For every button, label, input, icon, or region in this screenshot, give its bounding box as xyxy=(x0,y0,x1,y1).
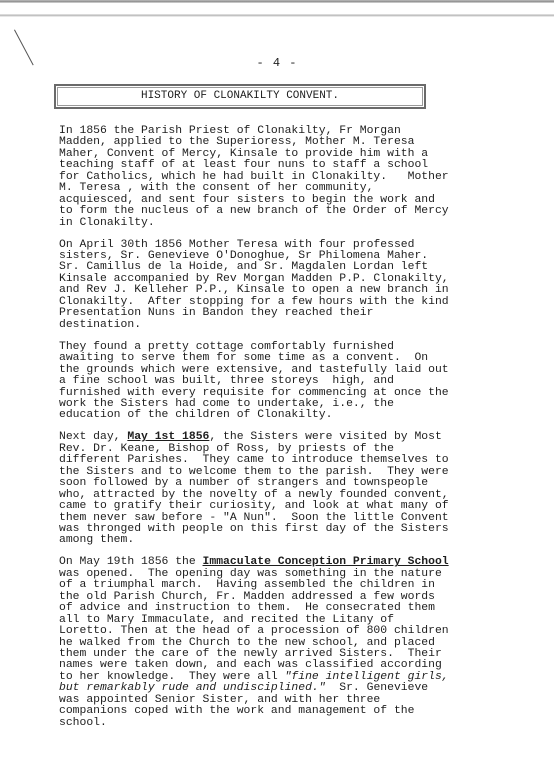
paragraph-2: On April 30th 1856 Mother Teresa with fo… xyxy=(59,240,479,332)
page-title-text: HISTORY OF CLONAKILTY CONVENT. xyxy=(141,90,339,102)
emphasized-phrase: Immaculate Conception Primary School xyxy=(203,556,449,568)
paragraph-5: On May 19th 1856 the Immaculate Concepti… xyxy=(59,557,479,729)
quoted-phrase: but remarkably rude and undisciplined." xyxy=(59,682,326,694)
page-top-edge xyxy=(0,0,554,18)
emphasized-phrase: May 1st 1856 xyxy=(127,431,209,443)
page-title: HISTORY OF CLONAKILTY CONVENT. xyxy=(54,84,426,109)
document-body: In 1856 the Parish Priest of Clonakilty,… xyxy=(59,126,479,740)
page-number: - 4 - xyxy=(0,56,554,70)
paragraph-4: Next day, May 1st 1856, the Sisters were… xyxy=(59,432,479,547)
paragraph-1: In 1856 the Parish Priest of Clonakilty,… xyxy=(59,126,479,229)
paragraph-3: They found a pretty cottage comfortably … xyxy=(59,342,479,422)
quoted-phrase: "fine intelligent girls, xyxy=(285,671,449,683)
